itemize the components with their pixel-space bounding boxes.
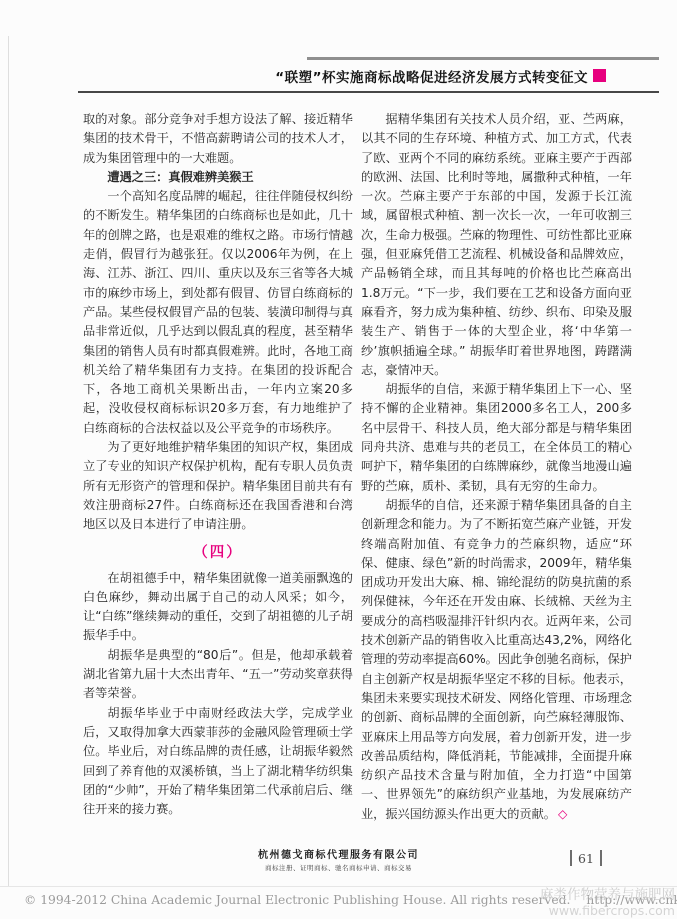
paragraph: 在胡祖德手中，精华集团就像一道美丽飘逸的白色麻纱，舞动出属于自己的动人风采；如今… xyxy=(83,569,353,646)
watermark-url: www.fibercrops.com xyxy=(540,903,675,918)
paragraph: 胡振华毕业于中南财经政法大学，完成学业后，又取得加拿大西蒙菲莎的金融风险管理硕士… xyxy=(83,704,353,820)
paragraph-closing: 胡振华的自信，还来源于精华集团具备的自主创新理念和能力。为了不断拓宽苎麻产业链，… xyxy=(361,496,632,824)
paragraph: 据精华集团有关技术人员介绍，亚、苎两麻，以其不同的生存环境、种植方式、加工方式，… xyxy=(361,110,632,380)
subheading-encounter-3: 遭遇之三：真假难辨美猴王 xyxy=(83,168,353,187)
end-of-article-diamond-icon: ◇ xyxy=(558,807,567,821)
page-number: 61 xyxy=(578,851,594,866)
paragraph: 一个高知名度品牌的崛起，往往伴随侵权纠纷的不断发生。精华集团的白练商标也是如此，… xyxy=(83,187,353,438)
page-number-bar-right xyxy=(600,850,602,866)
paragraph-continuation: 取的对象。部分竞争对手想方设法了解、接近精华集团的技术骨干，不惜高薪聘请公司的技… xyxy=(83,110,353,168)
page-number-badge: 61 xyxy=(570,850,602,866)
watermark: 麻类作物营养与施肥网 www.fibercrops.com xyxy=(540,888,675,918)
paragraph: 为了更好地维护精华集团的知识产权，集团成立了专业的知识产权保护机构，配有专职人员… xyxy=(83,438,353,534)
paragraph: 胡振华是典型的“80后”。但是，他却承载着湖北省第九届十大杰出青年、“五一”劳动… xyxy=(83,646,353,704)
left-column: 取的对象。部分竞争对手想方设法了解、接近精华集团的技术骨干，不惜高薪聘请公司的技… xyxy=(83,110,353,819)
copyright-text: © 1994-2012 China Academic Journal Elect… xyxy=(24,893,570,907)
header-rule-thick xyxy=(307,57,659,60)
right-column: 据精华集团有关技术人员介绍，亚、苎两麻，以其不同的生存环境、种植方式、加工方式，… xyxy=(361,110,632,824)
header-essay-title: “联塑”杯实施商标战略促进经济发展方式转变征文 xyxy=(78,66,588,86)
section-heading-4: （四） xyxy=(83,544,353,562)
watermark-title: 麻类作物营养与施肥网 xyxy=(540,888,675,903)
journal-page: “联塑”杯实施商标战略促进经济发展方式转变征文 取的对象。部分竞争对手想方设法了… xyxy=(0,0,677,919)
header-accent-square xyxy=(593,69,606,82)
header-rule-thin xyxy=(78,91,659,93)
paragraph: 胡振华的自信，来源于精华集团上下一心、坚持不懈的企业精神。集团2000多名工人，… xyxy=(361,380,632,496)
scan-edge-left xyxy=(8,36,9,886)
page-number-bar-left xyxy=(570,850,572,866)
